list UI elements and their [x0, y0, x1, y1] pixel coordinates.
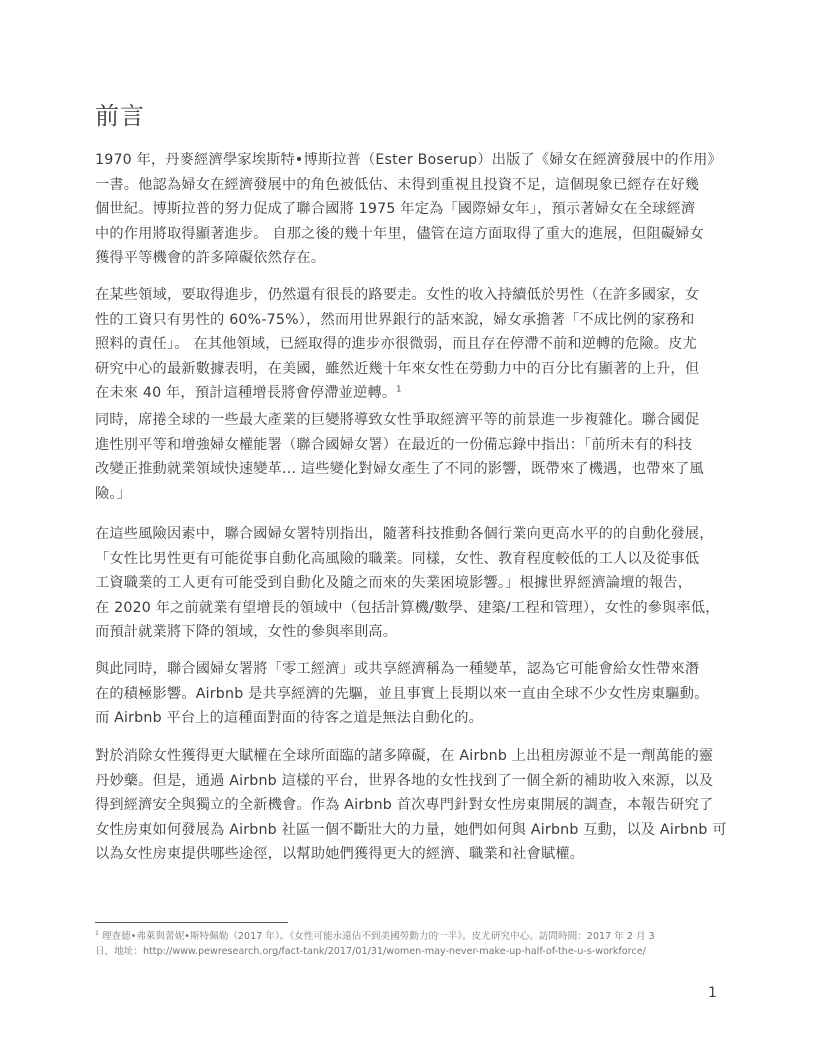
footnote-divider — [95, 922, 288, 923]
footnote-line: 1 理查德•弗萊與蕾妮•斯特佩勒（2017 年）。《女性可能永遠佔不到美國勞動力… — [95, 929, 745, 944]
text-line: 性的工資只有男性的 60%-75%），然而用世界銀行的話來說，婦女承擔著「不成比… — [95, 308, 735, 333]
text-line: 工資職業的工人更有可能受到自動化及隨之而來的失業困境影響。」根據世界經濟論壇的報… — [95, 571, 735, 596]
paragraph-2: 在某些領域，要取得進步，仍然還有很長的路要走。女性的收入持續低於男性（在許多國家… — [95, 283, 735, 406]
text-line: 同時，席捲全球的一些最大產業的巨變將導致女性爭取經濟平等的前景進一步複雜化。聯合… — [95, 408, 735, 433]
paragraph-6: 對於消除女性獲得更大賦權在全球所面臨的諸多障礙，在 Airbnb 上出租房源並不… — [95, 744, 735, 867]
page-number: 1 — [708, 985, 717, 1001]
text-line: 在的積極影響。Airbnb 是共享經濟的先驅，並且事實上長期以來一直由全球不少女… — [95, 682, 735, 707]
text-line: 女性房東如何發展為 Airbnb 社區一個不斷壯大的力量，她們如何與 Airbn… — [95, 818, 735, 843]
text-line: 個世紀。博斯拉普的努力促成了聯合國將 1975 年定為「國際婦女年」，預示著婦女… — [95, 197, 735, 222]
text-line: 在某些領域，要取得進步，仍然還有很長的路要走。女性的收入持續低於男性（在許多國家… — [95, 283, 735, 308]
text-line: 獲得平等機會的許多障礙依然存在。 — [95, 246, 735, 271]
footnote-line[interactable]: 日，地址：http://www.pewresearch.org/fact-tan… — [95, 944, 745, 959]
text-line: 以為女性房東提供哪些途徑，以幫助她們獲得更大的經濟、職業和社會賦權。 — [95, 842, 735, 867]
footnote-ref[interactable]: 1 — [396, 384, 401, 393]
text-line: 「女性比男性更有可能從事自動化高風險的職業。同樣，女性、教育程度較低的工人以及從… — [95, 547, 735, 572]
text-line: 對於消除女性獲得更大賦權在全球所面臨的諸多障礙，在 Airbnb 上出租房源並不… — [95, 744, 735, 769]
text-line: 研究中心的最新數據表明，在美國，雖然近幾十年來女性在勞動力中的百分比有顯著的上升… — [95, 357, 735, 382]
document-page: 前言 1970 年，丹麥經濟學家埃斯特•博斯拉普（Ester Boserup）出… — [0, 0, 815, 1055]
paragraph-4: 在這些風險因素中，聯合國婦女署特別指出，隨著科技推動各個行業向更高水平的的自動化… — [95, 522, 735, 645]
text-line: 得到經濟安全與獨立的全新機會。作為 Airbnb 首次專門針對女性房東開展的調查… — [95, 793, 735, 818]
text-line: 改變正推動就業領域快速變革... 這些變化對婦女產生了不同的影響，既帶來了機遇，… — [95, 457, 735, 482]
page-title: 前言 — [95, 96, 145, 131]
text-line: 在這些風險因素中，聯合國婦女署特別指出，隨著科技推動各個行業向更高水平的的自動化… — [95, 522, 735, 547]
text-line: 1970 年，丹麥經濟學家埃斯特•博斯拉普（Ester Boserup）出版了《… — [95, 148, 735, 173]
paragraph-3: 同時，席捲全球的一些最大產業的巨變將導致女性爭取經濟平等的前景進一步複雜化。聯合… — [95, 408, 735, 506]
text-line: 而預計就業將下降的領域，女性的參與率則高。 — [95, 620, 735, 645]
text-line: 與此同時，聯合國婦女署將「零工經濟」或共享經濟稱為一種變革，認為它可能會給女性帶… — [95, 657, 735, 682]
text-line: 而 Airbnb 平台上的這種面對面的待客之道是無法自動化的。 — [95, 706, 735, 731]
paragraph-1: 1970 年，丹麥經濟學家埃斯特•博斯拉普（Ester Boserup）出版了《… — [95, 148, 735, 271]
text-line: 在 2020 年之前就業有望增長的領域中（包括計算機/數學、建築/工程和管理），… — [95, 596, 735, 621]
paragraph-5: 與此同時，聯合國婦女署將「零工經濟」或共享經濟稱為一種變革，認為它可能會給女性帶… — [95, 657, 735, 731]
text-line: 中的作用將取得顯著進步。 自那之後的幾十年里，儘管在這方面取得了重大的進展，但阻… — [95, 222, 735, 247]
footnote: 1 理查德•弗萊與蕾妮•斯特佩勒（2017 年）。《女性可能永遠佔不到美國勞動力… — [95, 929, 745, 959]
text-line: 丹妙藥。但是，通過 Airbnb 這樣的平台，世界各地的女性找到了一個全新的補助… — [95, 769, 735, 794]
footnote-text: 理查德•弗萊與蕾妮•斯特佩勒（2017 年）。《女性可能永遠佔不到美國勞動力的一… — [102, 931, 655, 942]
text-line: 一書。他認為婦女在經濟發展中的角色被低估、未得到重視且投資不足，這個現象已經存在… — [95, 173, 735, 198]
text-line: 險。」 — [95, 482, 735, 507]
text-line: 照料的責任」。 在其他領域，已經取得的進步亦很微弱，而且存在停滯不前和逆轉的危險… — [95, 332, 735, 357]
footnote-number: 1 — [95, 930, 99, 937]
text-line: 在未來 40 年，預計這種增長將會停滯並逆轉。 — [95, 385, 396, 401]
text-line: 進性別平等和增強婦女權能署（聯合國婦女署）在最近的一份備忘錄中指出：「前所未有的… — [95, 433, 735, 458]
text-line-with-footnote: 在未來 40 年，預計這種增長將會停滯並逆轉。1 — [95, 381, 735, 406]
